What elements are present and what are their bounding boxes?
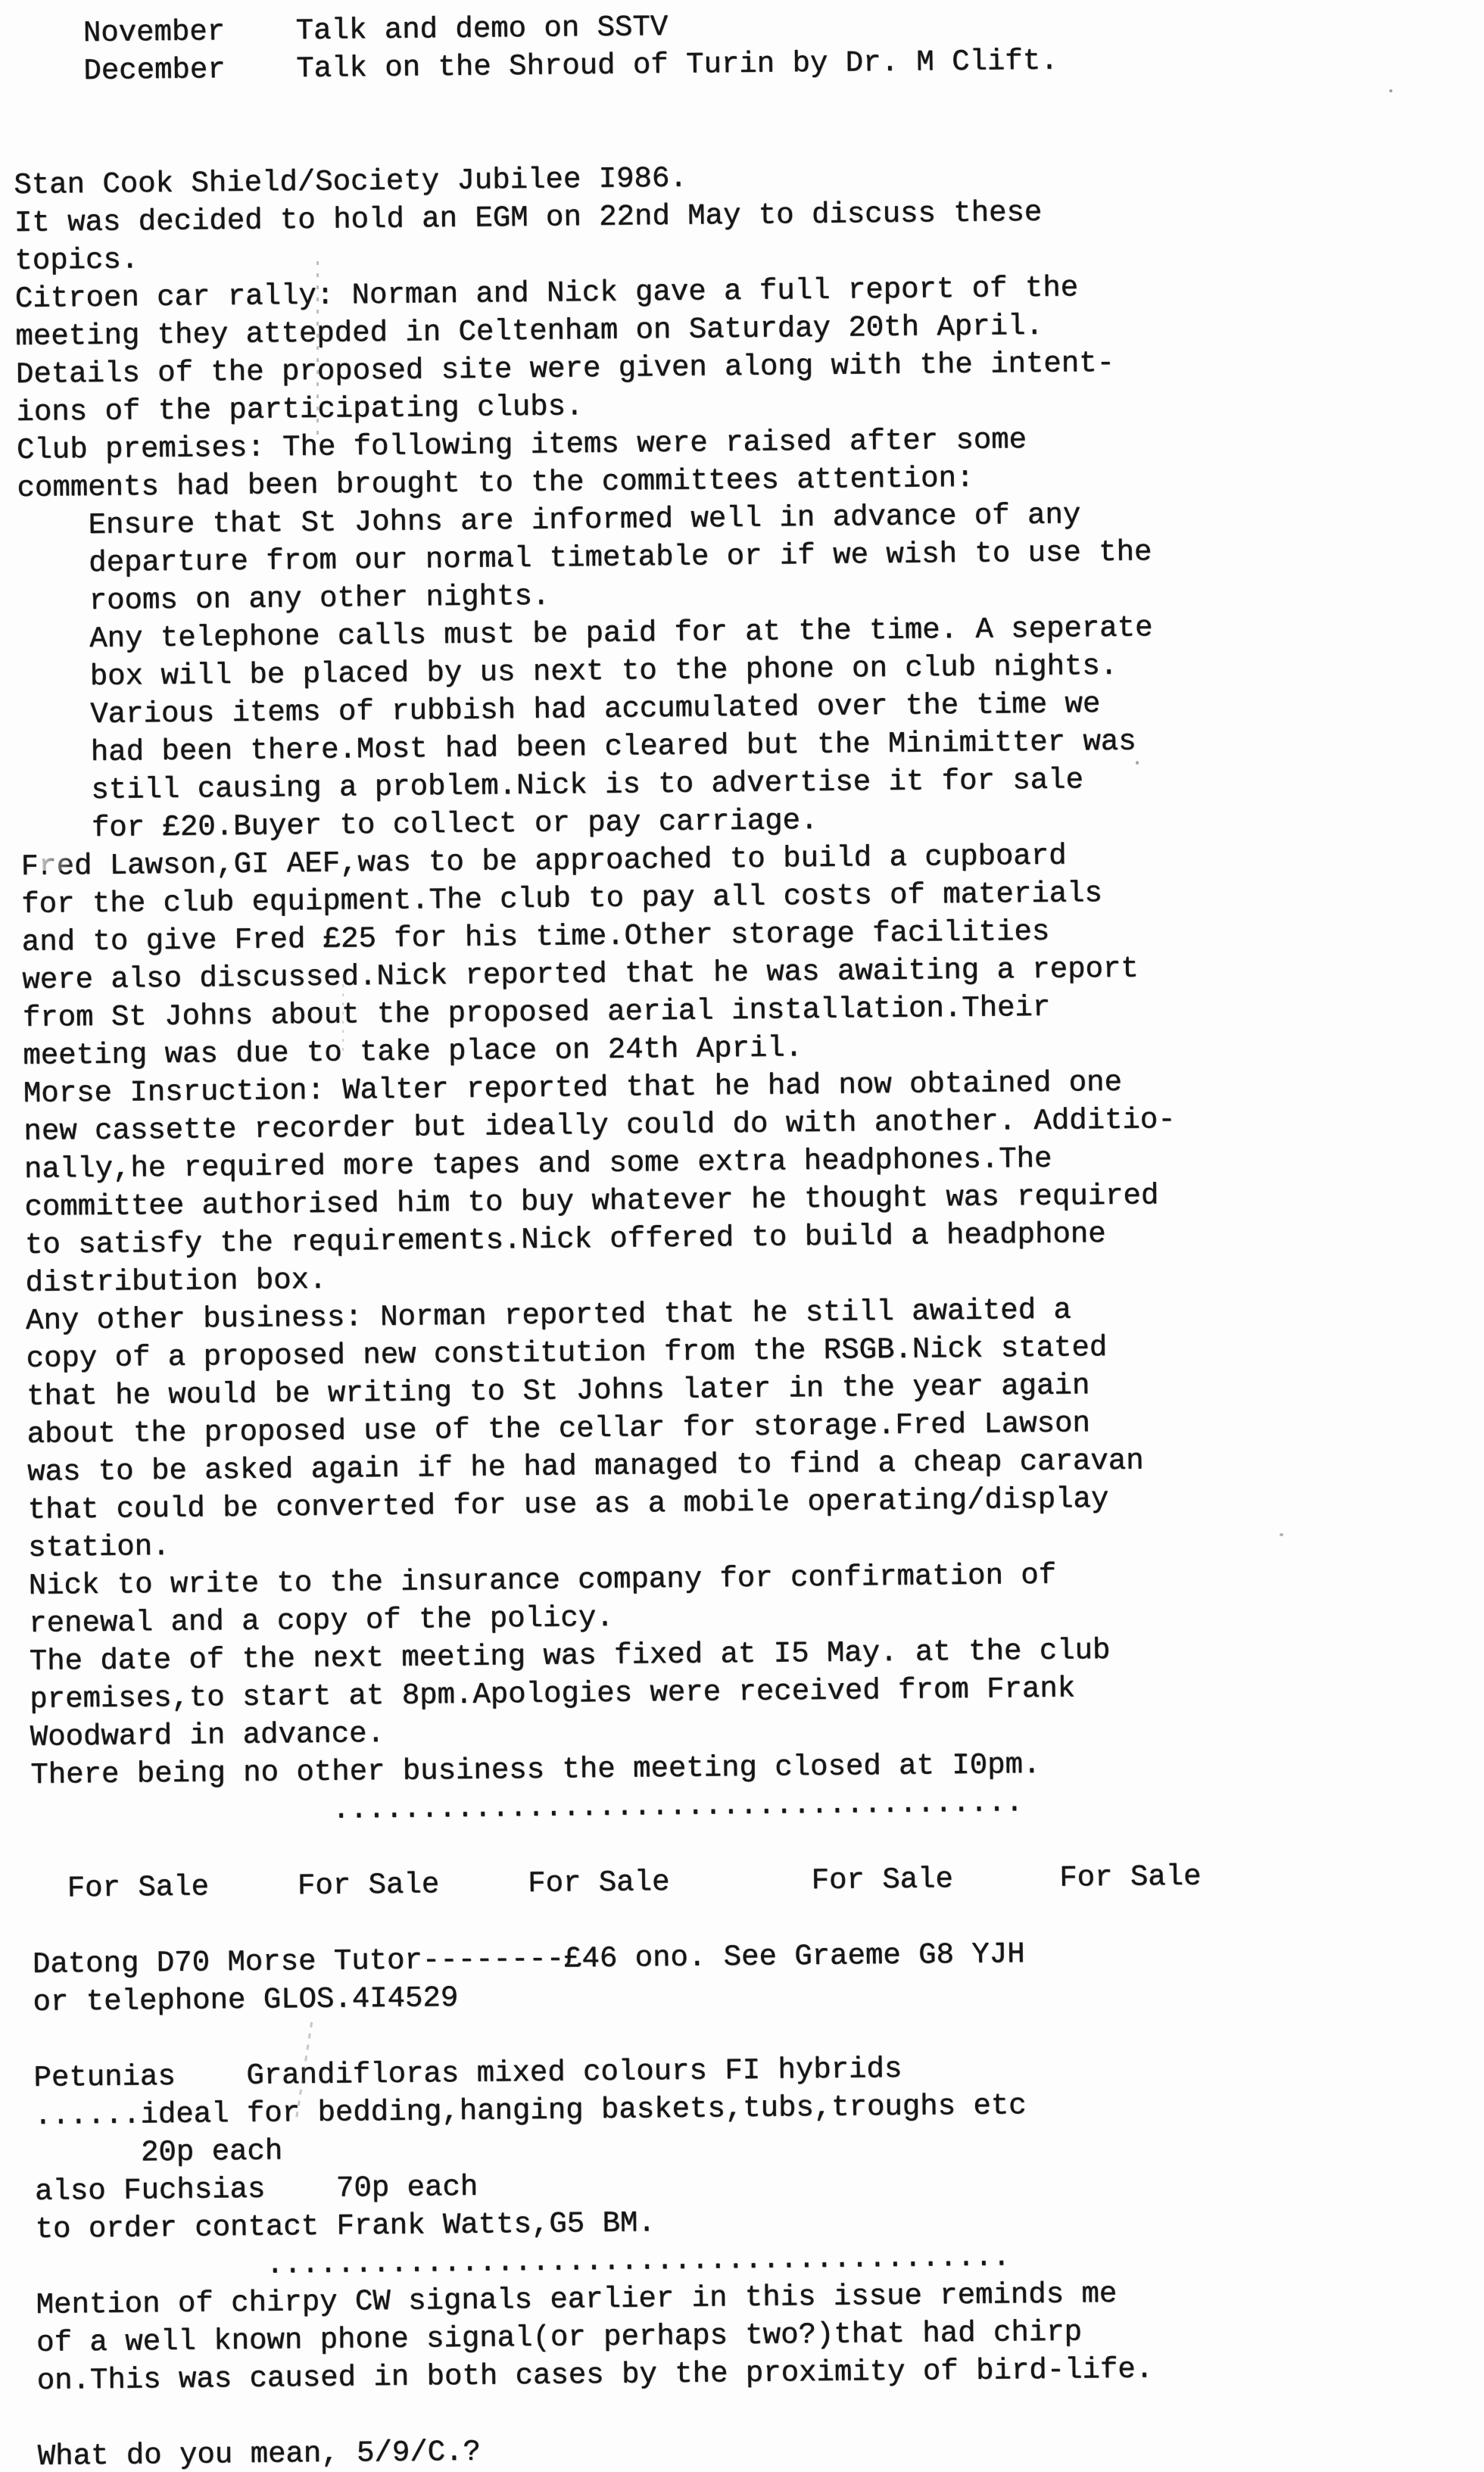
scanned-newsletter-page: November Talk and demo on SSTV December …: [0, 0, 1484, 2472]
document-text-block: November Talk and demo on SSTV December …: [12, 0, 1484, 2472]
